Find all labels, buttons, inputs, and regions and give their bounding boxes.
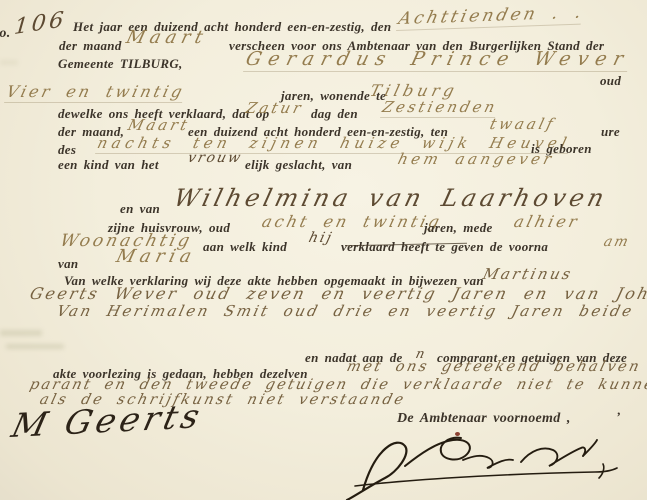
entry-registration-day: Achttienden . . (396, 3, 586, 31)
printed-en-van: en van (120, 201, 160, 217)
mother-name: Wilhelmina van Laarhoven (171, 184, 611, 212)
closing-handwritten-2: parant en den tweede getuigen die verkla… (28, 377, 647, 393)
printed-elijk-geslacht: elijk geslacht, van (245, 157, 352, 173)
printed-een-kind: een kind van het (58, 157, 159, 173)
printed-gemeente-tilburg: Gemeente TILBURG, (58, 56, 183, 72)
entry-birth-day: Zestienden (380, 98, 499, 118)
entry-child-gender: vrouw (186, 150, 244, 166)
official-signature (345, 428, 635, 500)
child-name: Maria (114, 246, 199, 267)
entry-birth-month: Maart (126, 116, 192, 134)
printed-verklaard-voornaam: verklaard heeft te geven de voorna (341, 239, 548, 255)
mother-age: acht en twintig (260, 212, 444, 231)
printed-des: des (58, 142, 76, 158)
act-number: 106 (13, 7, 68, 40)
printed-ure: ure (601, 124, 620, 140)
printed-year-line: Het jaar een duizend acht honderd een-en… (73, 19, 391, 35)
printed-aan-welk-kind: aan welk kind (203, 239, 287, 255)
closing-handwritten-1: met ons geteekend behalven den Com, (345, 359, 647, 375)
printed-oud: oud (600, 73, 621, 89)
printed-dag-den: dag den (311, 106, 358, 122)
printed-jaren-mede: jaren, mede (424, 220, 493, 236)
declarant-age: Vier en twintig (4, 82, 187, 103)
entry-birth-weekday: Zatur (244, 99, 306, 117)
stray-mark: ’ (616, 409, 621, 425)
printed-van: van (58, 256, 78, 272)
bleedthrough-smudge (6, 344, 64, 349)
entry-alhier: alhier (512, 212, 582, 231)
witness1-firstname: Martinus (481, 265, 575, 283)
printed-de-ambtenaar: De Ambtenaar voornoemd , (397, 411, 571, 427)
witness1-details: Geerts Wever oud zeven en veertig Jaren … (28, 284, 647, 303)
entry-hij: hij (307, 230, 335, 246)
birth-certificate-scan: No. 106 Het jaar een duizend acht honder… (0, 0, 647, 500)
witness2-details: Van Herimalen Smit oud drie en veertig J… (55, 302, 647, 320)
printed-der-maand: der maand (59, 38, 122, 54)
act-number-prefix: No. (0, 26, 11, 42)
bleedthrough-smudge (0, 60, 18, 65)
entry-birth-hour: twaalf (488, 115, 558, 133)
entry-registration-month: Maart (124, 27, 210, 48)
bleedthrough-smudge (0, 330, 42, 336)
red-ink-spot (455, 432, 460, 436)
entry-naam-suffix: am (602, 234, 632, 250)
declarant-name: Gerardus Prince Wever (243, 48, 632, 72)
entry-father-reference: hem aangever (396, 150, 557, 168)
